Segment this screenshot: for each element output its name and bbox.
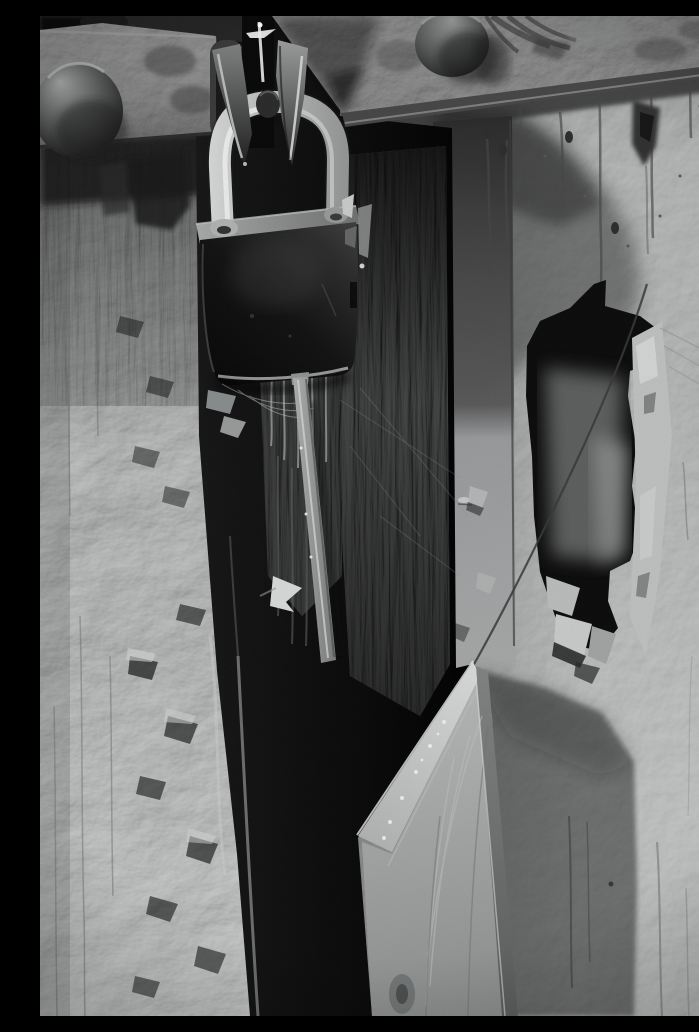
photo-canvas: Padlock on a weathered wooden gate bbox=[40, 16, 699, 1016]
vignette bbox=[40, 16, 699, 1016]
photograph: Padlock on a weathered wooden gate bbox=[40, 16, 699, 1016]
